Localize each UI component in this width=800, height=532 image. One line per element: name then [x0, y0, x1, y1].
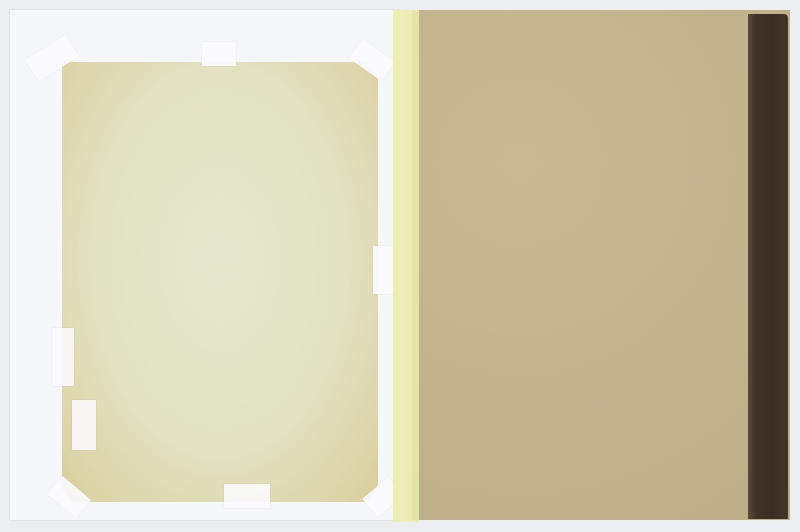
- yellow-tape-overlap: [400, 10, 412, 522]
- cardboard-panel: [404, 10, 790, 520]
- tape-left-lower: [72, 400, 96, 450]
- dark-painted-strip: [748, 14, 788, 519]
- tape-top-center: [202, 42, 236, 66]
- tape-bottom-center: [224, 484, 270, 508]
- yellowed-paper-sheet: [62, 62, 378, 502]
- tape-left-middle: [52, 328, 74, 386]
- tape-right-middle: [373, 246, 395, 294]
